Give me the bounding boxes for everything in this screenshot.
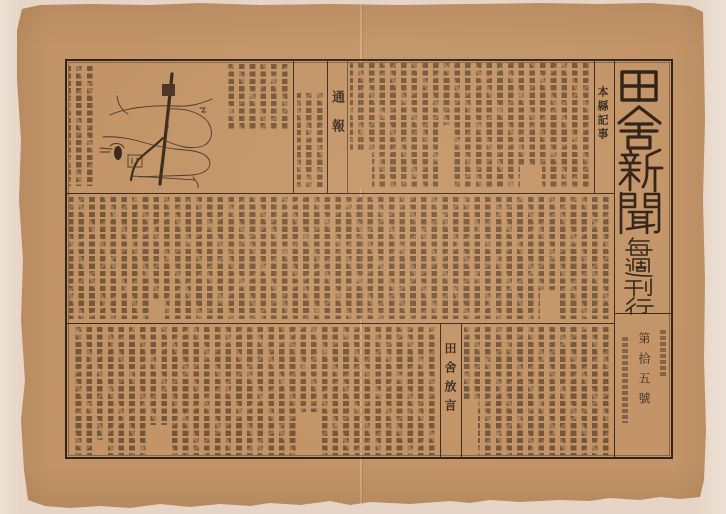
masthead-title-glyphs — [614, 60, 671, 315]
paragraph-gap — [540, 290, 560, 319]
paragraph-gap — [300, 412, 318, 455]
paragraph-gap — [150, 425, 170, 455]
rural-talk-divider-left — [440, 323, 441, 459]
map-section-divider — [293, 59, 294, 193]
notice-heading-divider-left — [327, 59, 328, 193]
text-block-bottom-left — [71, 327, 437, 455]
map-illustration — [64, 58, 293, 193]
paragraph-gap — [150, 300, 165, 319]
river-line-bottom — [132, 176, 198, 188]
loop-boundary-line — [166, 109, 211, 148]
map-side-marks — [100, 148, 112, 152]
text-block-top-main — [350, 63, 591, 189]
issue-price-line — [660, 330, 666, 377]
notice-heading: 通報 — [330, 90, 343, 148]
paragraph-gap — [464, 400, 478, 455]
notice-heading-divider-right — [347, 59, 348, 193]
glyph-bun — [621, 193, 659, 233]
prefecture-news-heading: 本縣記事 — [597, 86, 608, 142]
rural-talk-divider-right — [461, 323, 462, 459]
station-marker-icon — [162, 84, 175, 96]
horizontal-rule-upper — [65, 193, 614, 194]
paragraph-gap — [350, 150, 372, 189]
glyph-den — [622, 72, 656, 100]
branch-road-line — [131, 138, 163, 180]
newspaper-photo: 本縣記事 通報 田舍放言 第拾五號 田舍新聞 毎週刊行 — [0, 0, 726, 514]
glyph-sha — [619, 107, 660, 148]
paragraph-gap — [520, 165, 542, 189]
horizontal-rule-lower — [65, 323, 614, 324]
frequency-glyphs — [625, 238, 653, 314]
paragraph-gap — [96, 440, 108, 455]
paragraph-gap — [438, 125, 450, 189]
issue-number: 第拾五號 — [638, 332, 650, 412]
glyph-shin — [620, 149, 662, 191]
prefecture-news-divider — [594, 59, 595, 193]
rural-talk-heading: 田舍放言 — [444, 342, 456, 418]
issue-date-line — [622, 337, 628, 423]
map-glyph-mark — [200, 108, 206, 112]
text-block-bottom-right — [464, 327, 611, 455]
text-block-before-notice — [297, 93, 325, 189]
town-blob-icon — [114, 146, 122, 160]
